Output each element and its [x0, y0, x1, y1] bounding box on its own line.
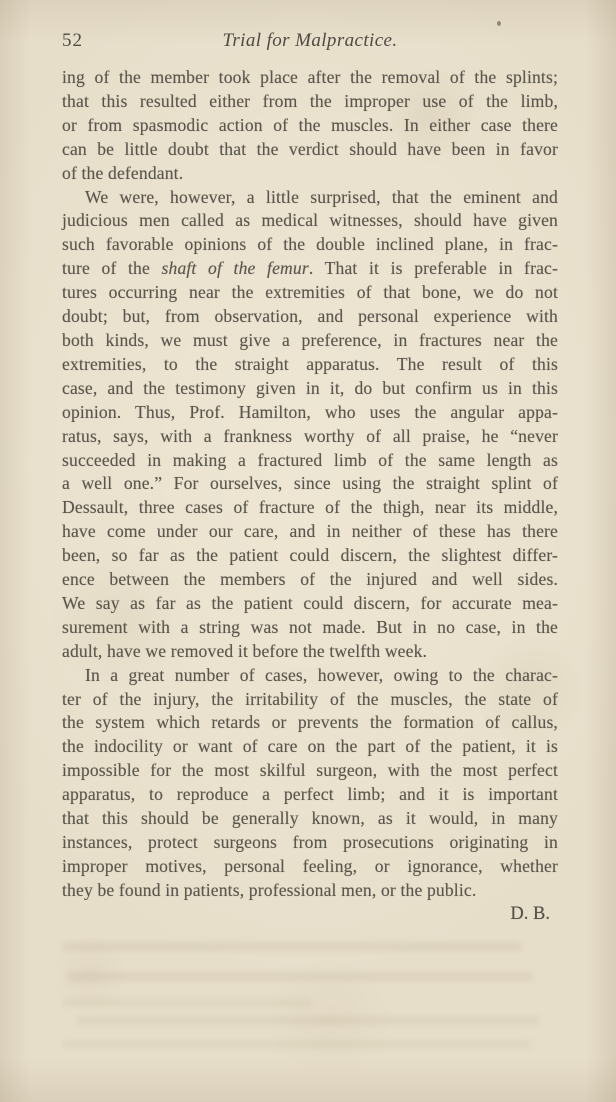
text-line: they be found in patients, professional … — [62, 879, 558, 903]
text-line: Dessault, three cases of fracture of the… — [62, 496, 558, 520]
text-line: tures occurring near the extremities of … — [62, 281, 558, 305]
text-line: or from spasmodic action of the muscles.… — [62, 114, 558, 138]
page-number: 52 — [62, 30, 83, 52]
text-line: ing of the member took place after the r… — [62, 66, 558, 90]
text-line: succeeded in making a fractured limb of … — [62, 449, 558, 473]
text-line: can be little doubt that the verdict sho… — [62, 138, 558, 162]
text-line: apparatus, to reproduce a perfect limb; … — [62, 783, 558, 807]
text-line: opinion. Thus, Prof. Hamilton, who uses … — [62, 401, 558, 425]
text-line: We say as far as the patient could disce… — [62, 592, 558, 616]
text-line: adult, have we removed it before the twe… — [62, 640, 558, 664]
text-line: been, so far as the patient could discer… — [62, 544, 558, 568]
bleedthrough-artifact — [62, 1040, 532, 1049]
bleedthrough-artifact — [66, 972, 534, 981]
text-line: that this should be generally known, as … — [62, 807, 558, 831]
paragraph: In a great number of cases, however, owi… — [62, 664, 558, 903]
text-line: that this resulted either from the impro… — [62, 90, 558, 114]
bleedthrough-artifact — [76, 1016, 540, 1025]
text-line: doubt; but, from observation, and person… — [62, 305, 558, 329]
text-line: impossible for the most skilful surgeon,… — [62, 759, 558, 783]
paragraphs-container: ing of the member took place after the r… — [62, 66, 558, 903]
text-line: have come under our care, and in neither… — [62, 520, 558, 544]
running-title: Trial for Malpractice. — [62, 30, 558, 52]
text-line: both kinds, we must give a preference, i… — [62, 329, 558, 353]
bleedthrough-artifact — [62, 942, 522, 951]
text-line: ence between the members of the injured … — [62, 568, 558, 592]
text-line: the indocility or want of care on the pa… — [62, 735, 558, 759]
text-line: ter of the injury, the irritability of t… — [62, 688, 558, 712]
paper-speck — [497, 21, 501, 26]
text-line: improper motives, personal feeling, or i… — [62, 855, 558, 879]
text-line: such favorable opinions of the double in… — [62, 233, 558, 257]
text-line: surement with a string was not made. But… — [62, 616, 558, 640]
page-header: 52 Trial for Malpractice. — [62, 30, 558, 54]
paragraph: ing of the member took place after the r… — [62, 66, 558, 186]
scanned-book-page: 52 Trial for Malpractice. ing of the mem… — [0, 0, 616, 1102]
text-line: ture of the shaft of the femur. That it … — [62, 257, 558, 281]
text-line: the system which retards or prevents the… — [62, 711, 558, 735]
text-line: a well one.” For ourselves, since using … — [62, 472, 558, 496]
text-line: In a great number of cases, however, owi… — [62, 664, 558, 688]
text-line: judicious men called as medical witnesse… — [62, 209, 558, 233]
page-body: ing of the member took place after the r… — [62, 66, 558, 927]
text-line: of the defendant. — [62, 162, 558, 186]
text-line: case, and the testimony given in it, do … — [62, 377, 558, 401]
text-line: ratus, says, with a frankness worthy of … — [62, 425, 558, 449]
text-line: extremities, to the straight apparatus. … — [62, 353, 558, 377]
text-line: We were, however, a little surprised, th… — [62, 186, 558, 210]
text-line: instances, protect surgeons from prosecu… — [62, 831, 558, 855]
author-initials: D. B. — [62, 903, 558, 927]
bleedthrough-artifact — [62, 998, 312, 1007]
paragraph: We were, however, a little surprised, th… — [62, 186, 558, 664]
